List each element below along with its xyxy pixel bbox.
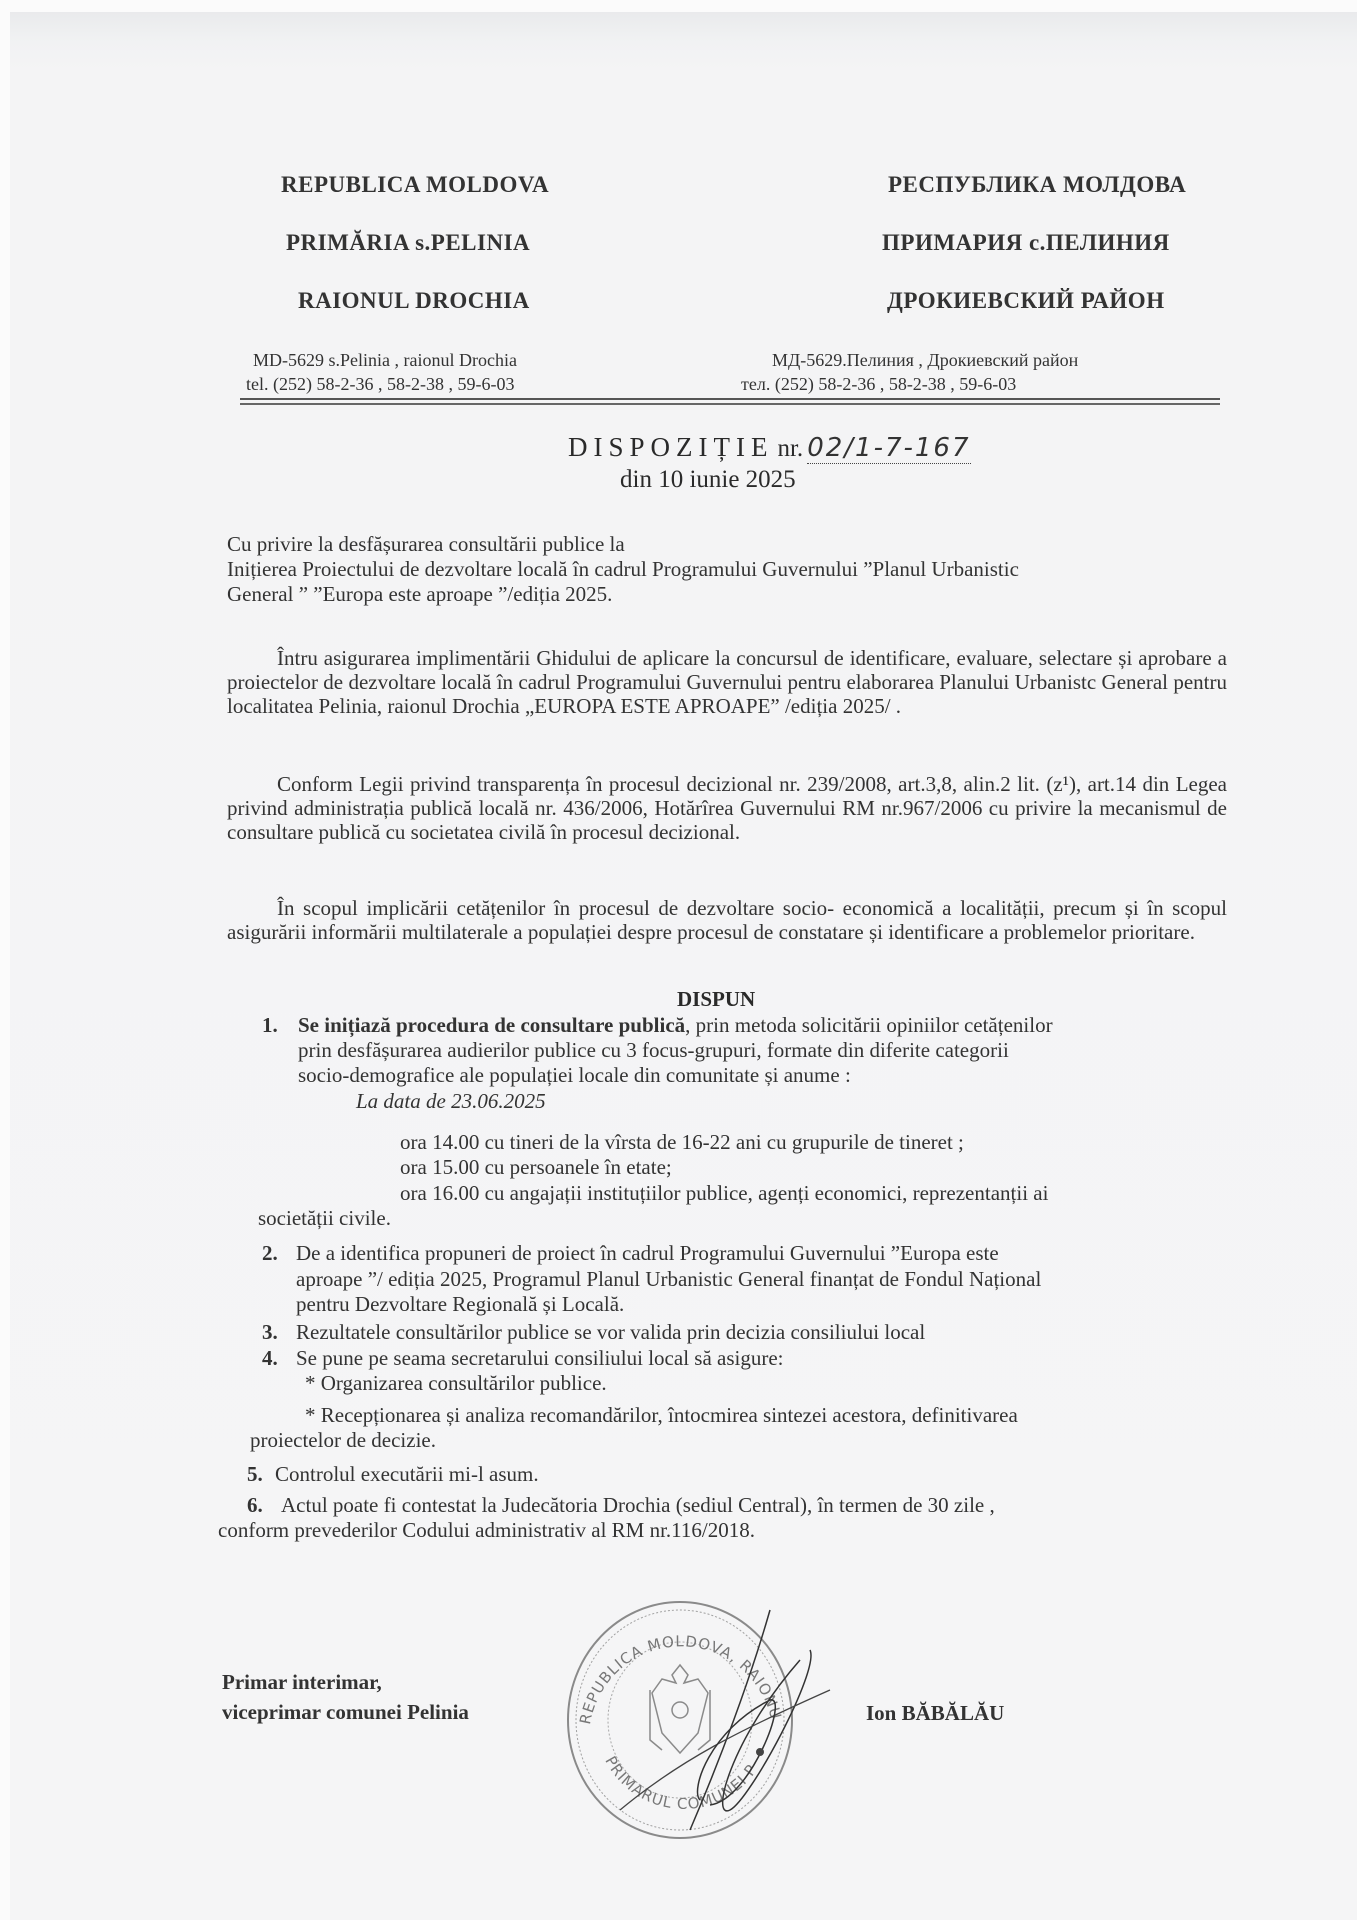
document-title-row: DISPOZIȚIE nr. 02/1-7-167 xyxy=(568,432,971,463)
header-left-mayoralty: PRIMĂRIA s.PELINIA xyxy=(286,230,530,256)
subject-line-1: Cu privire la desfășurarea consultării p… xyxy=(227,532,625,556)
header-right-address: МД-5629.Пелиния , Дрокиевский район xyxy=(772,350,1078,371)
schedule-1600-cont: societății civile. xyxy=(258,1206,391,1230)
item-2-line-2: aproape ”/ ediția 2025, Programul Planul… xyxy=(296,1267,1041,1291)
signatory-name: Ion BĂBĂLĂU xyxy=(866,1701,1004,1726)
item-4-bullet-1: * Organizarea consultărilor publice. xyxy=(305,1371,607,1395)
header-right-district: ДРОКИЕВСКИЙ РАЙОН xyxy=(887,288,1165,314)
item-5-line-1: Controlul executării mi-l asum. xyxy=(275,1462,539,1486)
item-1-rest: , prin metoda solicitării opiniilor cetă… xyxy=(685,1013,1052,1037)
item-3-line-1: Rezultatele consultărilor publice se vor… xyxy=(296,1320,925,1344)
document-number: 02/1-7-167 xyxy=(807,433,970,464)
document-title: DISPOZIȚIE xyxy=(568,432,773,462)
item-4-bullet-2-cont: proiectelor de decizie. xyxy=(250,1428,436,1452)
item-4-number: 4. xyxy=(262,1346,278,1370)
header-left-address: MD-5629 s.Pelinia , raionul Drochia xyxy=(253,350,517,371)
schedule-1500: ora 15.00 cu persoanele în etate; xyxy=(400,1155,672,1179)
item-1-date: La data de 23.06.2025 xyxy=(356,1089,546,1113)
item-2-number: 2. xyxy=(262,1241,278,1265)
schedule-1400: ora 14.00 cu tineri de la vîrsta de 16-2… xyxy=(400,1130,964,1154)
header-right-mayoralty: ПРИМАРИЯ с.ПЕЛИНИЯ xyxy=(882,230,1170,256)
subject-line-3: General ” ”Europa este aproape ”/ediția … xyxy=(227,582,612,606)
item-5-number: 5. xyxy=(247,1462,263,1486)
item-1-bold: Se inițiază procedura de consultare publ… xyxy=(298,1013,685,1037)
dispun-heading: DISPUN xyxy=(677,987,755,1012)
item-6-line-1: Actul poate fi contestat la Judecătoria … xyxy=(281,1493,995,1517)
header-divider-second xyxy=(240,403,1220,405)
header-right-phone: тел. (252) 58-2-36 , 58-2-38 , 59-6-03 xyxy=(741,374,1016,395)
handwritten-signature xyxy=(600,1600,840,1840)
item-1-line-2: prin desfășurarea audierilor publice cu … xyxy=(298,1038,1009,1062)
number-label: nr. xyxy=(777,435,803,462)
schedule-1600: ora 16.00 cu angajații instituțiilor pub… xyxy=(400,1181,1048,1205)
signatory-role-1: Primar interimar, xyxy=(222,1670,382,1695)
item-3-number: 3. xyxy=(262,1320,278,1344)
item-1-line-3: socio-demografice ale populației locale … xyxy=(298,1063,851,1087)
item-6-number: 6. xyxy=(247,1493,263,1517)
paragraph-preamble: Întru asigurarea implimentării Ghidului … xyxy=(227,646,1227,718)
header-left-district: RAIONUL DROCHIA xyxy=(298,288,530,314)
item-4-line-1: Se pune pe seama secretarului consiliulu… xyxy=(296,1346,784,1370)
header-divider xyxy=(240,398,1220,400)
item-1-number: 1. xyxy=(262,1013,278,1037)
subject-line-2: Inițierea Proiectului de dezvoltare loca… xyxy=(227,557,1019,581)
document-date: din 10 iunie 2025 xyxy=(620,466,796,494)
header-right-country: РЕСПУБЛИКА МОЛДОВА xyxy=(888,172,1186,198)
header-left-country: REPUBLICA MOLDOVA xyxy=(281,172,549,198)
paragraph-legal-basis: Conform Legii privind transparența în pr… xyxy=(227,772,1227,844)
item-2-line-3: pentru Dezvoltare Regională și Locală. xyxy=(296,1292,624,1316)
item-2-line-1: De a identifica propuneri de proiect în … xyxy=(296,1241,999,1265)
item-4-bullet-2: * Recepționarea și analiza recomandărilo… xyxy=(305,1403,1018,1427)
signatory-role-2: viceprimar comunei Pelinia xyxy=(222,1700,469,1725)
item-1-line-1: Se inițiază procedura de consultare publ… xyxy=(298,1013,1053,1037)
item-6-line-2: conform prevederilor Codului administrat… xyxy=(218,1518,755,1542)
header-left-phone: tel. (252) 58-2-36 , 58-2-38 , 59-6-03 xyxy=(246,374,514,395)
paragraph-purpose: În scopul implicării cetățenilor în proc… xyxy=(227,896,1227,944)
